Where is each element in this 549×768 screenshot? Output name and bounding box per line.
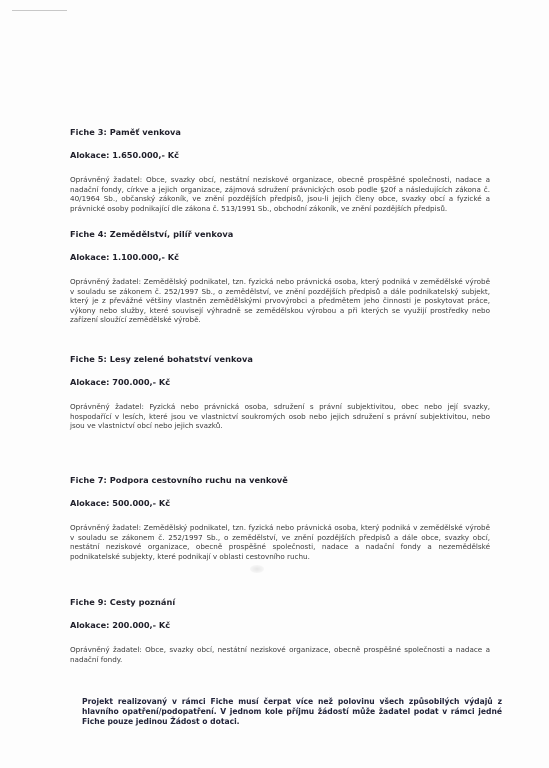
fiche-description: Oprávněný žadatel: Obce, svazky obcí, ne…: [70, 175, 490, 213]
fiche-allocation: Alokace: 1.650.000,- Kč: [70, 150, 490, 161]
fiche-3-section: Fiche 3: Paměť venkova Alokace: 1.650.00…: [70, 127, 490, 213]
fiche-allocation: Alokace: 200.000,- Kč: [70, 620, 490, 631]
fiche-title: Fiche 7: Podpora cestovního ruchu na ven…: [70, 475, 490, 486]
fiche-description: Oprávněný žadatel: Zemědělský podnikatel…: [70, 523, 490, 561]
fiche-title: Fiche 9: Cesty poznání: [70, 597, 490, 608]
fiche-4-section: Fiche 4: Zemědělství, pilíř venkova Alok…: [70, 229, 490, 325]
fiche-description: Oprávněný žadatel: Zemědělský podnikatel…: [70, 277, 490, 325]
fiche-allocation: Alokace: 500.000,- Kč: [70, 498, 490, 509]
fiche-description: Oprávněný žadatel: Obce, svazky obcí, ne…: [70, 645, 490, 664]
fiche-allocation: Alokace: 1.100.000,- Kč: [70, 252, 490, 263]
fiche-description: Oprávněný žadatel: Fyzická nebo právnick…: [70, 402, 490, 431]
fiche-title: Fiche 5: Lesy zelené bohatství venkova: [70, 354, 490, 365]
fiche-title: Fiche 4: Zemědělství, pilíř venkova: [70, 229, 490, 240]
fiche-5-section: Fiche 5: Lesy zelené bohatství venkova A…: [70, 354, 490, 431]
fiche-9-section: Fiche 9: Cesty poznání Alokace: 200.000,…: [70, 597, 490, 664]
fiche-allocation: Alokace: 700.000,- Kč: [70, 377, 490, 388]
fiche-7-section: Fiche 7: Podpora cestovního ruchu na ven…: [70, 475, 490, 561]
scan-artifact: [12, 10, 67, 11]
closing-note: Projekt realizovaný v rámci Fiche musí č…: [82, 697, 502, 727]
fiche-title: Fiche 3: Paměť venkova: [70, 127, 490, 138]
scan-smudge: [250, 565, 264, 573]
document-page: Fiche 3: Paměť venkova Alokace: 1.650.00…: [0, 0, 549, 768]
